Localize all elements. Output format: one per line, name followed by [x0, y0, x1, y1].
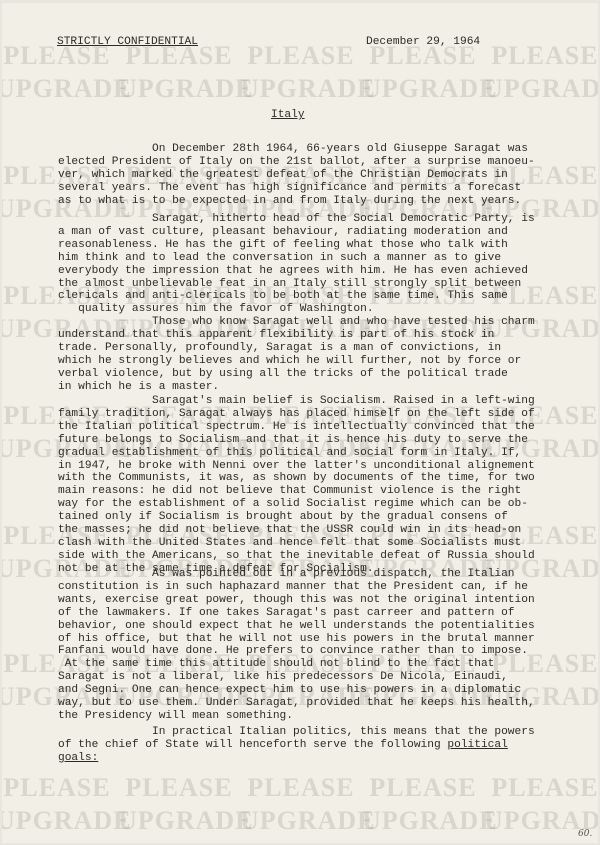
- paragraph-3: Those who know Saragat well and who have…: [58, 316, 535, 393]
- document-title: Italy: [271, 109, 305, 122]
- watermark-row: PLEASEPLEASEPLEASEPLEASEPLEASE: [2, 773, 598, 803]
- document-date: December 29, 1964: [366, 36, 480, 49]
- political-goals-underline: political: [447, 739, 507, 751]
- page-number: 60.: [578, 829, 592, 839]
- paragraph-5: As was pointed out in a previous dispatc…: [58, 568, 535, 723]
- paragraph-6: In practical Italian politics, this mean…: [58, 726, 535, 765]
- paragraph-2: Saragat, hitherto head of the Social Dem…: [58, 213, 535, 316]
- classification-label: STRICTLY CONFIDENTIAL: [57, 36, 198, 49]
- watermark-row: UPGRADEUPGRADEUPGRADEUPGRADEUPGRADE: [2, 74, 598, 104]
- paragraph-4: Saragat's main belief is Socialism. Rais…: [58, 395, 535, 576]
- document-page: PLEASEPLEASEPLEASEPLEASEPLEASE UPGRADEUP…: [2, 3, 598, 843]
- watermark-row: UPGRADEUPGRADEUPGRADEUPGRADEUPGRADE: [2, 806, 598, 836]
- paragraph-1: On December 28th 1964, 66-years old Gius…: [58, 143, 535, 208]
